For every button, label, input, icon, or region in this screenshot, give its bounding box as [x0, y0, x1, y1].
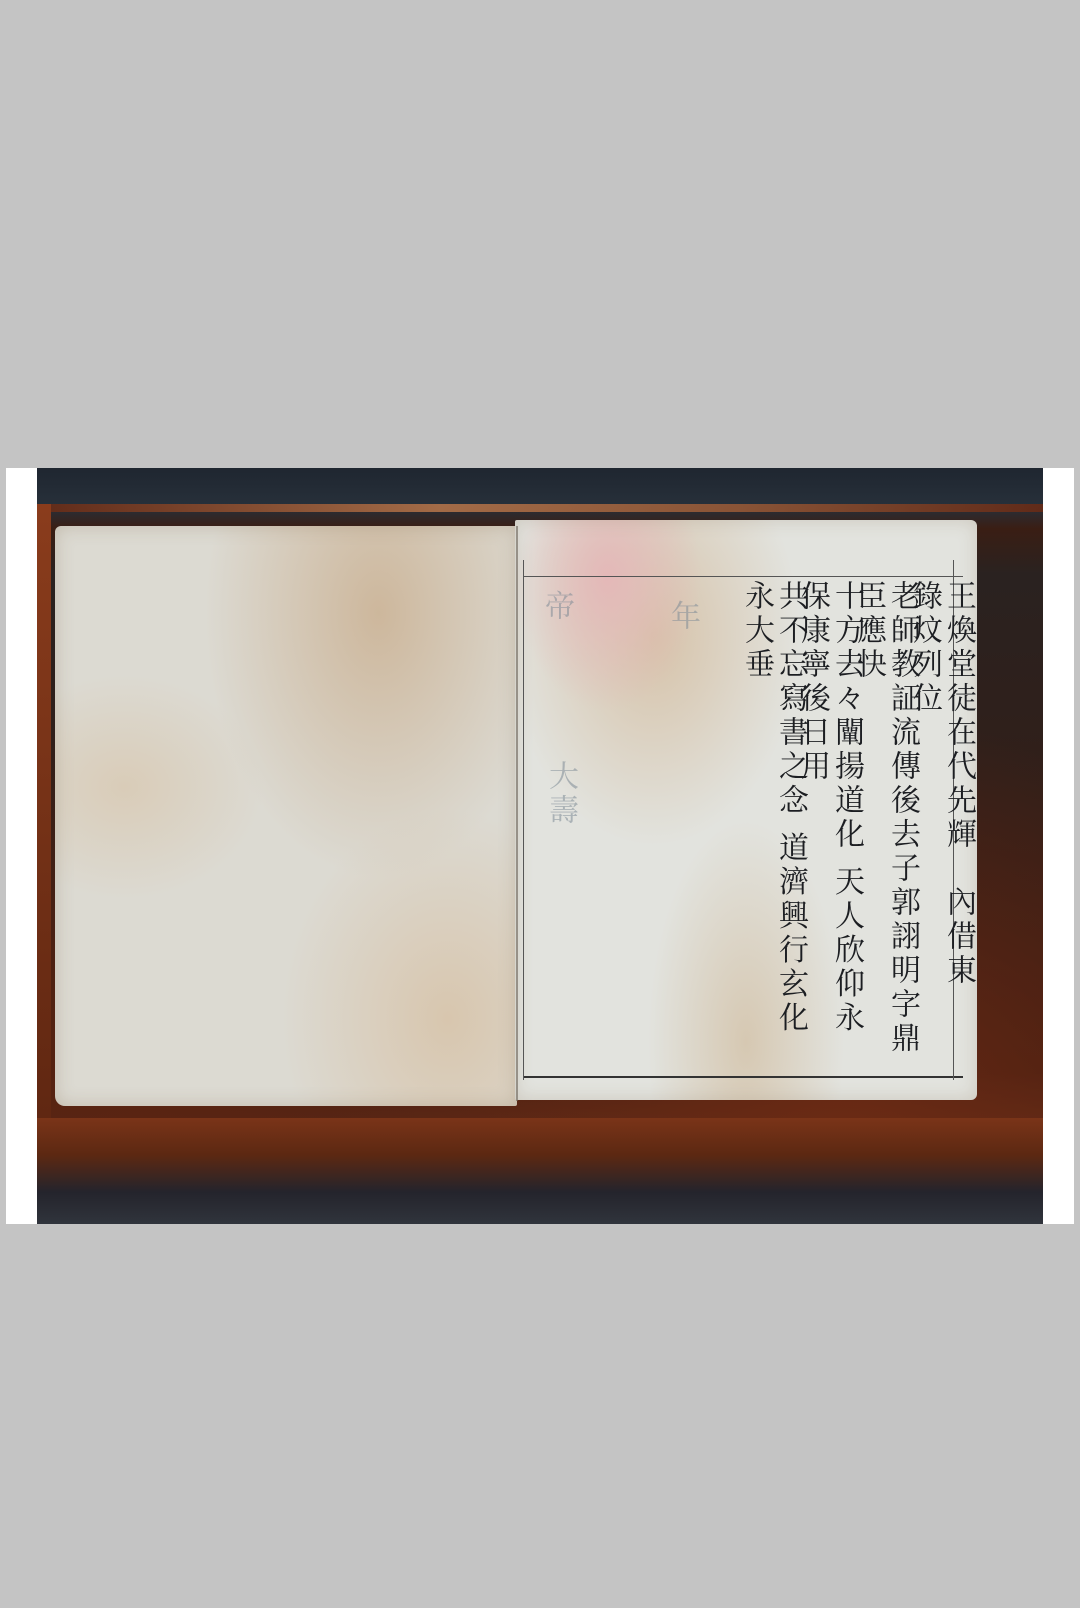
tray-bottom-edge: [37, 1118, 1043, 1224]
tray-rim: [37, 504, 1043, 512]
border-rule-top: [523, 576, 963, 577]
tray-left-edge: [37, 504, 51, 1204]
text-column-4: 共不忘寫書之念 道濟興行玄化永大垂: [739, 580, 807, 1060]
border-rule-bottom: [523, 1076, 963, 1078]
border-rule-left: [523, 560, 524, 1080]
bleed-through-text: 大壽: [543, 760, 577, 828]
left-page: [55, 526, 517, 1106]
open-book: 帝 大壽 年 王煥堂徒在代先輝𠐐內借東錄炆列位 老師教証流傳後去子郭詡明字鼎臣應…: [55, 516, 995, 1116]
manuscript-photo: 帝 大壽 年 王煥堂徒在代先輝𠐐內借東錄炆列位 老師教証流傳後去子郭詡明字鼎臣應…: [37, 468, 1043, 1224]
book-spine: [516, 526, 518, 1101]
right-page: 帝 大壽 年 王煥堂徒在代先輝𠐐內借東錄炆列位 老師教証流傳後去子郭詡明字鼎臣應…: [515, 520, 977, 1100]
bleed-through-text: 帝: [539, 590, 573, 624]
bleed-through-text: 年: [665, 600, 699, 634]
